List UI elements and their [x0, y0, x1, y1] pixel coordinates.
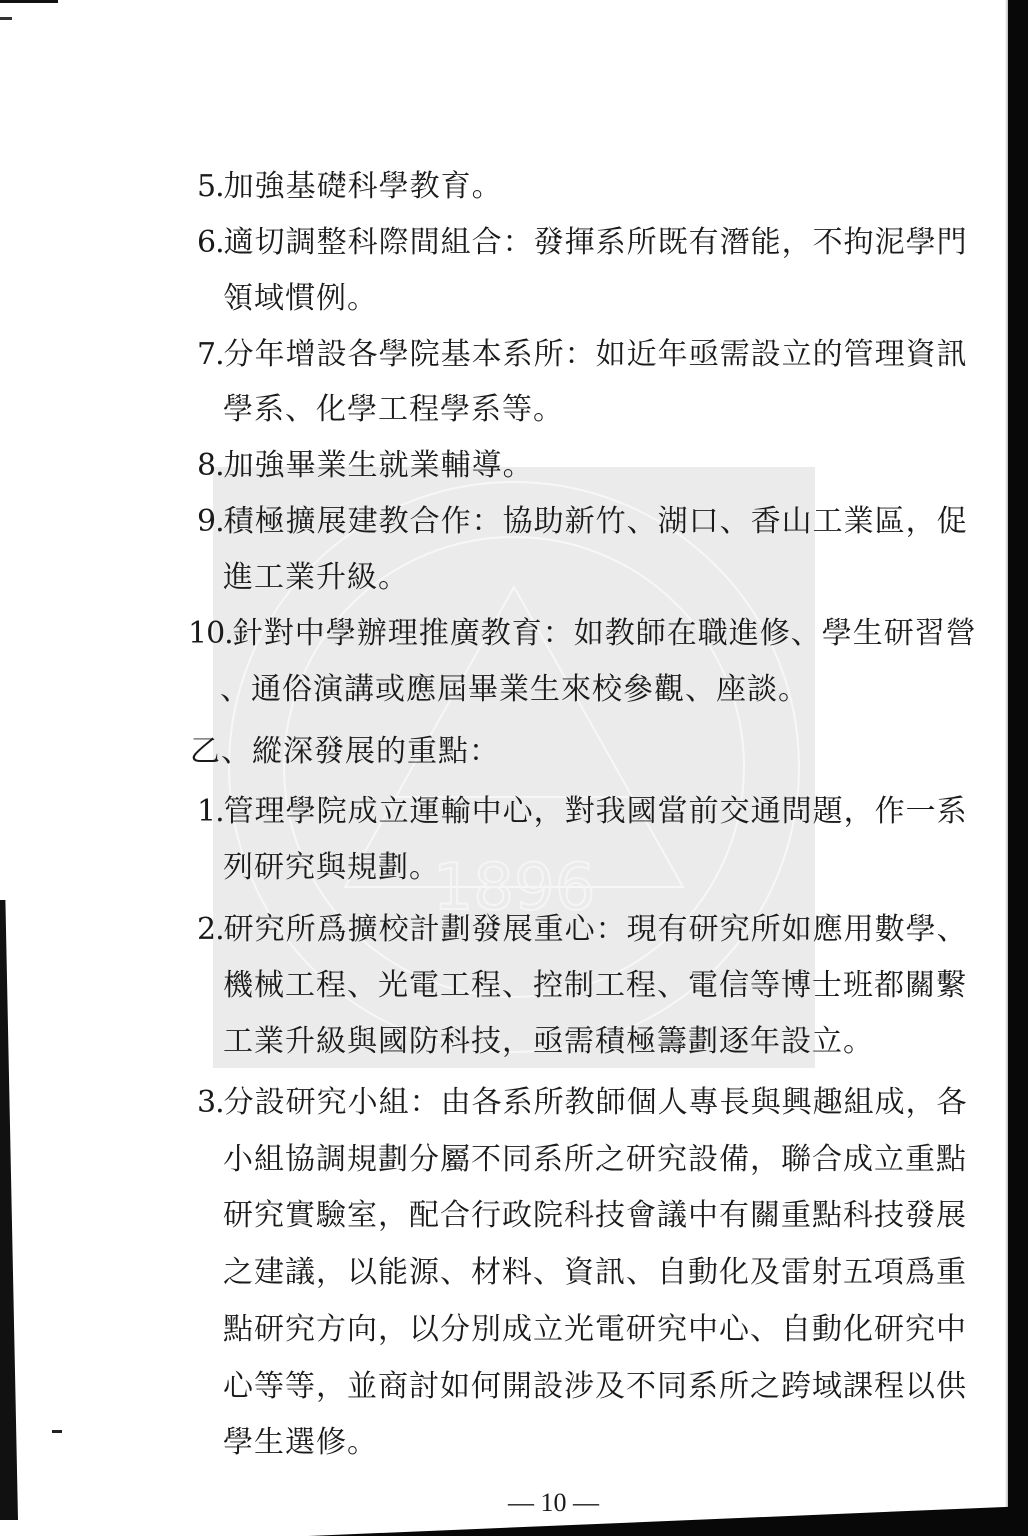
list-item-a9-cont: 進工業升級。: [223, 558, 409, 598]
list-item-b2-cont1: 機械工程、光電工程、控制工程、電信等博士班都關繫: [223, 966, 967, 1006]
list-item-a7: 7.分年增設各學院基本系所：如近年亟需設立的管理資訊: [197, 335, 968, 375]
list-item-b3: 3.分設研究小組：由各系所教師個人專長與興趣組成，各: [197, 1083, 968, 1123]
list-item-b3-cont6: 學生選修。: [223, 1423, 378, 1463]
list-item-b1: 1.管理學院成立運輸中心，對我國當前交通問題，作一系: [197, 792, 968, 832]
list-item-a8: 8.加強畢業生就業輔導。: [197, 446, 534, 486]
list-item-b3-cont4: 點研究方向，以分別成立光電研究中心、自動化研究中: [223, 1310, 967, 1350]
list-item-a10-cont: 、通俗演講或應屆畢業生來校參觀、座談。: [220, 670, 809, 710]
list-item-b3-cont3: 之建議，以能源、材料、資訊、自動化及雷射五項爲重: [223, 1253, 967, 1293]
list-item-a7-cont: 學系、化學工程學系等。: [223, 390, 564, 430]
list-item-b3-cont2: 研究實驗室，配合行政院科技會議中有關重點科技發展: [223, 1196, 967, 1236]
list-item-b1-cont: 列研究與規劃。: [223, 848, 440, 888]
list-item-b3-cont5: 心等等，並商討如何開設涉及不同系所之跨域課程以供: [223, 1367, 967, 1407]
list-item-a10: 10.針對中學辦理推廣教育：如教師在職進修、學生研習營: [188, 614, 977, 654]
document-page: 5.加強基礎科學教育。 6.適切調整科際間組合：發揮系所既有潛能，不拘泥學門 領…: [0, 0, 1028, 1536]
page-number: — 10 —: [508, 1487, 599, 1519]
list-item-a6: 6.適切調整科際間組合：發揮系所既有潛能，不拘泥學門: [197, 223, 968, 263]
list-item-b2: 2.研究所爲擴校計劃發展重心：現有研究所如應用數學、: [197, 910, 968, 950]
section-heading-b: 乙、縱深發展的重點：: [190, 732, 500, 772]
list-item-b3-cont1: 小組協調規劃分屬不同系所之研究設備，聯合成立重點: [223, 1140, 967, 1180]
list-item-a5: 5.加強基礎科學教育。: [197, 167, 503, 207]
list-item-b2-cont2: 工業升級與國防科技，亟需積極籌劃逐年設立。: [223, 1022, 874, 1062]
list-item-a6-cont: 領域慣例。: [223, 279, 378, 319]
list-item-a9: 9.積極擴展建教合作：協助新竹、湖口、香山工業區，促: [197, 502, 968, 542]
